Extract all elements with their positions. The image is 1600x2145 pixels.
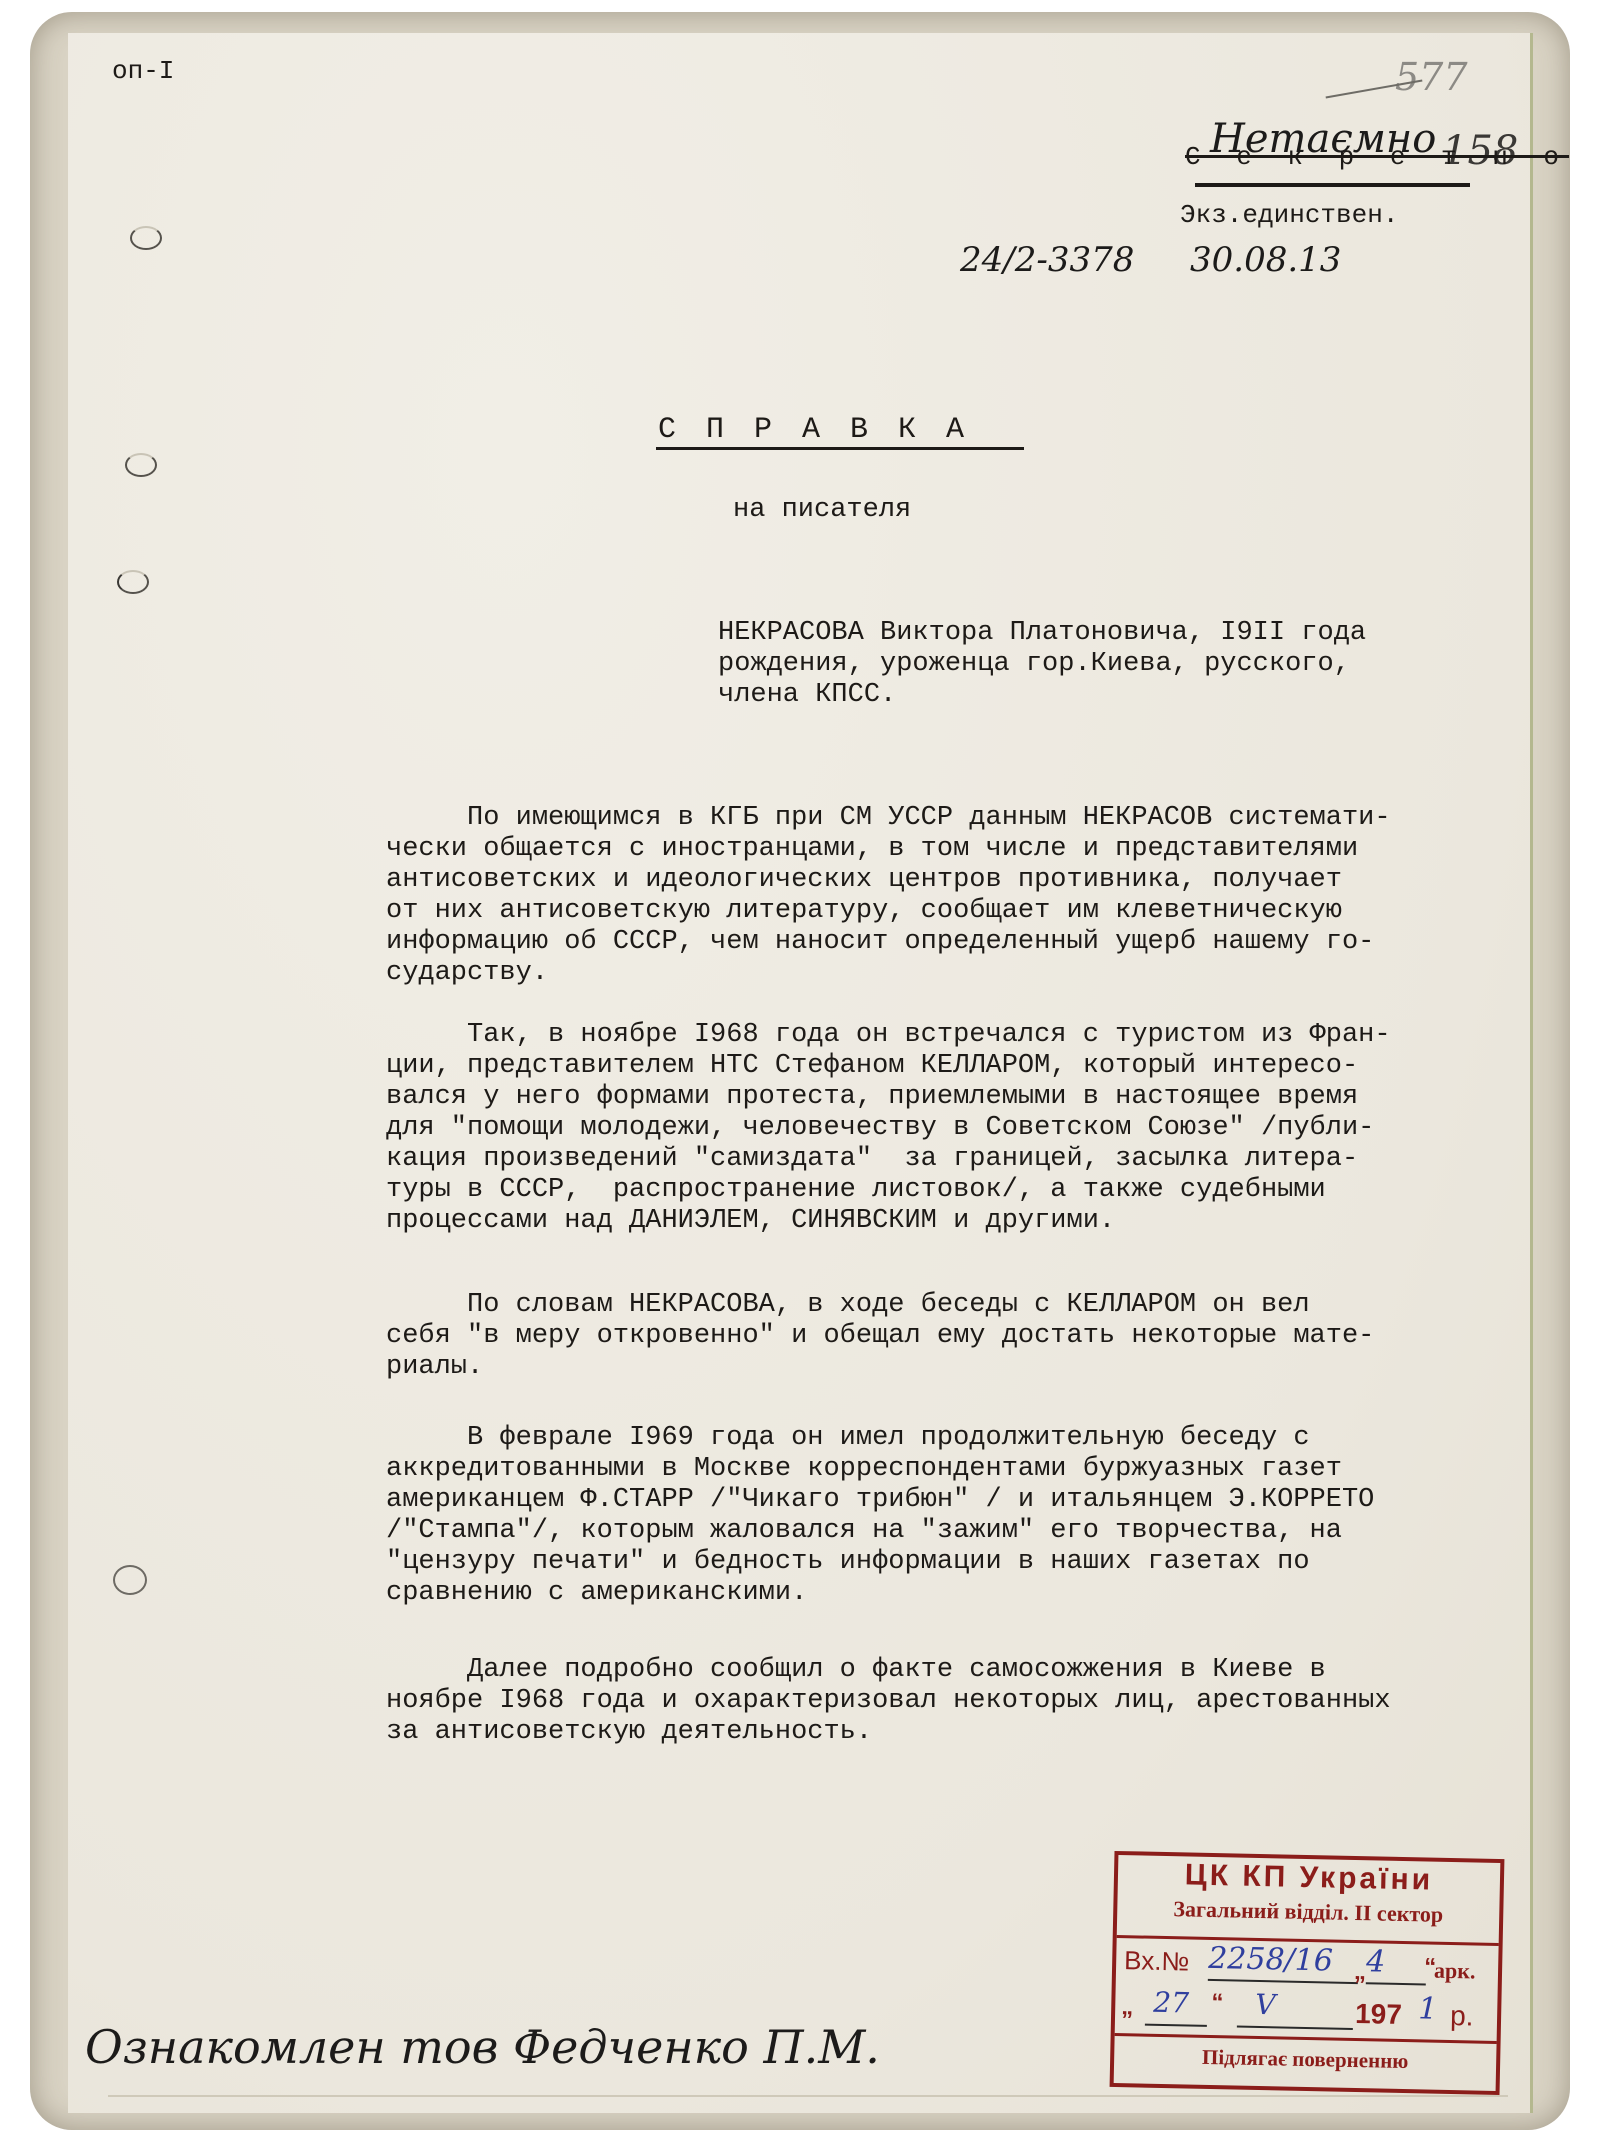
paragraph: Далее подробно сообщил о факте самосожже… <box>386 1655 1600 1748</box>
copy-note: Экз.единствен. <box>1180 200 1398 230</box>
text-line: По имеющимся в КГБ при СМ УССР данным НЕ… <box>386 803 1600 834</box>
punch-hole-icon <box>130 226 162 250</box>
text-line: для "помощи молодежи, человечеству в Сов… <box>386 1113 1600 1144</box>
subject-line: члена КПСС. <box>718 680 1366 711</box>
punch-hole-icon <box>113 1565 147 1595</box>
stamp-return-note: Підлягає поверненню <box>1114 2043 1496 2076</box>
text-line: себя "в меру откровенно" и обещал ему до… <box>386 1321 1600 1352</box>
text-line: аккредитованными в Москве корреспондента… <box>386 1454 1600 1485</box>
text-line: кация произведений "самиздата" за границ… <box>386 1144 1600 1175</box>
page-bottom-edge <box>108 2095 1508 2097</box>
stamp-month: V <box>1255 1988 1276 2021</box>
acknowledgement-signature: Ознакомлен тов Федченко П.М. <box>85 2020 880 2074</box>
stamp-quote-mark: “ <box>1211 1989 1224 2017</box>
text-line: от них антисоветскую литературу, сообщае… <box>386 896 1600 927</box>
text-line: чески общается с иностранцами, в том чис… <box>386 834 1600 865</box>
text-line: Так, в ноябре I968 года он встречался с … <box>386 1020 1600 1051</box>
stamp-sheets-count: 4 <box>1366 1944 1386 1979</box>
text-line: туры в СССР, распространение листовок/, … <box>386 1175 1600 1206</box>
text-line: за антисоветскую деятельность. <box>386 1717 1600 1748</box>
punch-hole-icon <box>117 570 149 594</box>
stamp-year-prefix: 197 <box>1355 1998 1402 2031</box>
document-title: СПРАВКА <box>658 413 994 447</box>
stamp-field-line <box>1366 1982 1426 1985</box>
text-line: сравнению с американскими. <box>386 1578 1600 1609</box>
text-line: американцем Ф.СТАРР /"Чикаго трибюн" / и… <box>386 1485 1600 1516</box>
stamp-sheets-label: арк. <box>1434 1958 1476 1985</box>
text-line: /"Стампа"/, которым жаловался на "зажим"… <box>386 1516 1600 1547</box>
page-reference: оп-I <box>112 56 174 86</box>
text-line: ноябре I968 года и охарактеризовал некот… <box>386 1686 1600 1717</box>
stamp-department: Загальний відділ. II сектор <box>1117 1895 1499 1929</box>
paragraph: По имеющимся в КГБ при СМ УССР данным НЕ… <box>386 803 1600 989</box>
stamp-quote-mark: „ <box>1354 1958 1367 1986</box>
text-line: ции, представителем НТС Стефаном КЕЛЛАРО… <box>386 1051 1600 1082</box>
subject-line: рождения, уроженца гор.Киева, русского, <box>718 649 1366 680</box>
stamp-year-suffix: р. <box>1450 2000 1474 2032</box>
stamp-divider <box>1115 2033 1497 2044</box>
text-line: риалы. <box>386 1352 1600 1383</box>
text-line: антисоветских и идеологических центров п… <box>386 865 1600 896</box>
punch-hole-icon <box>125 453 157 477</box>
classification-underline <box>1195 183 1470 187</box>
document-subtitle: на писателя <box>733 495 911 525</box>
stamp-quote-mark: „ <box>1121 1993 1134 2021</box>
text-line: "цензуру печати" и бедность информации в… <box>386 1547 1600 1578</box>
registration-stamp: ЦК КП України Загальний відділ. II секто… <box>1110 1851 1505 2095</box>
stamp-field-line <box>1208 1979 1358 1984</box>
paragraph: В феврале I969 года он имел продолжитель… <box>386 1423 1600 1609</box>
classification-label: Нетаємно <box>1210 116 1436 162</box>
text-line: процессами над ДАНИЭЛЕМ, СИНЯВСКИМ и дру… <box>386 1206 1600 1237</box>
stamp-year-digit: 1 <box>1418 1991 1438 2026</box>
stamp-incoming-label: Вх.№ <box>1124 1945 1190 1977</box>
stamp-field-line <box>1145 2024 1207 2027</box>
text-line: Далее подробно сообщил о факте самосожже… <box>386 1655 1600 1686</box>
text-line: В феврале I969 года он имел продолжитель… <box>386 1423 1600 1454</box>
paragraph: Так, в ноябре I968 года он встречался с … <box>386 1020 1600 1237</box>
text-line: вался у него формами протеста, приемлемы… <box>386 1082 1600 1113</box>
text-line: сударству. <box>386 958 1600 989</box>
registration-date: 30.08.13 <box>1190 240 1341 280</box>
stamp-organization: ЦК КП України <box>1118 1857 1501 1899</box>
subject-block: НЕКРАСОВА Виктора Платоновича, I9II года… <box>718 618 1366 711</box>
stamp-day: 27 <box>1153 1986 1189 2020</box>
paragraph: По словам НЕКРАСОВА, в ходе беседы с КЕЛ… <box>386 1290 1600 1383</box>
registration-number: 24/2-3378 <box>960 240 1134 280</box>
folio-number-crossed: 577 <box>1395 55 1468 99</box>
text-line: По словам НЕКРАСОВА, в ходе беседы с КЕЛ… <box>386 1290 1600 1321</box>
title-underline <box>656 447 1024 450</box>
text-line: информацию об СССР, чем наносит определе… <box>386 927 1600 958</box>
stamp-incoming-number: 2258/16 <box>1208 1941 1333 1979</box>
subject-line: НЕКРАСОВА Виктора Платоновича, I9II года <box>718 618 1366 649</box>
stamp-field-line <box>1237 2026 1353 2030</box>
